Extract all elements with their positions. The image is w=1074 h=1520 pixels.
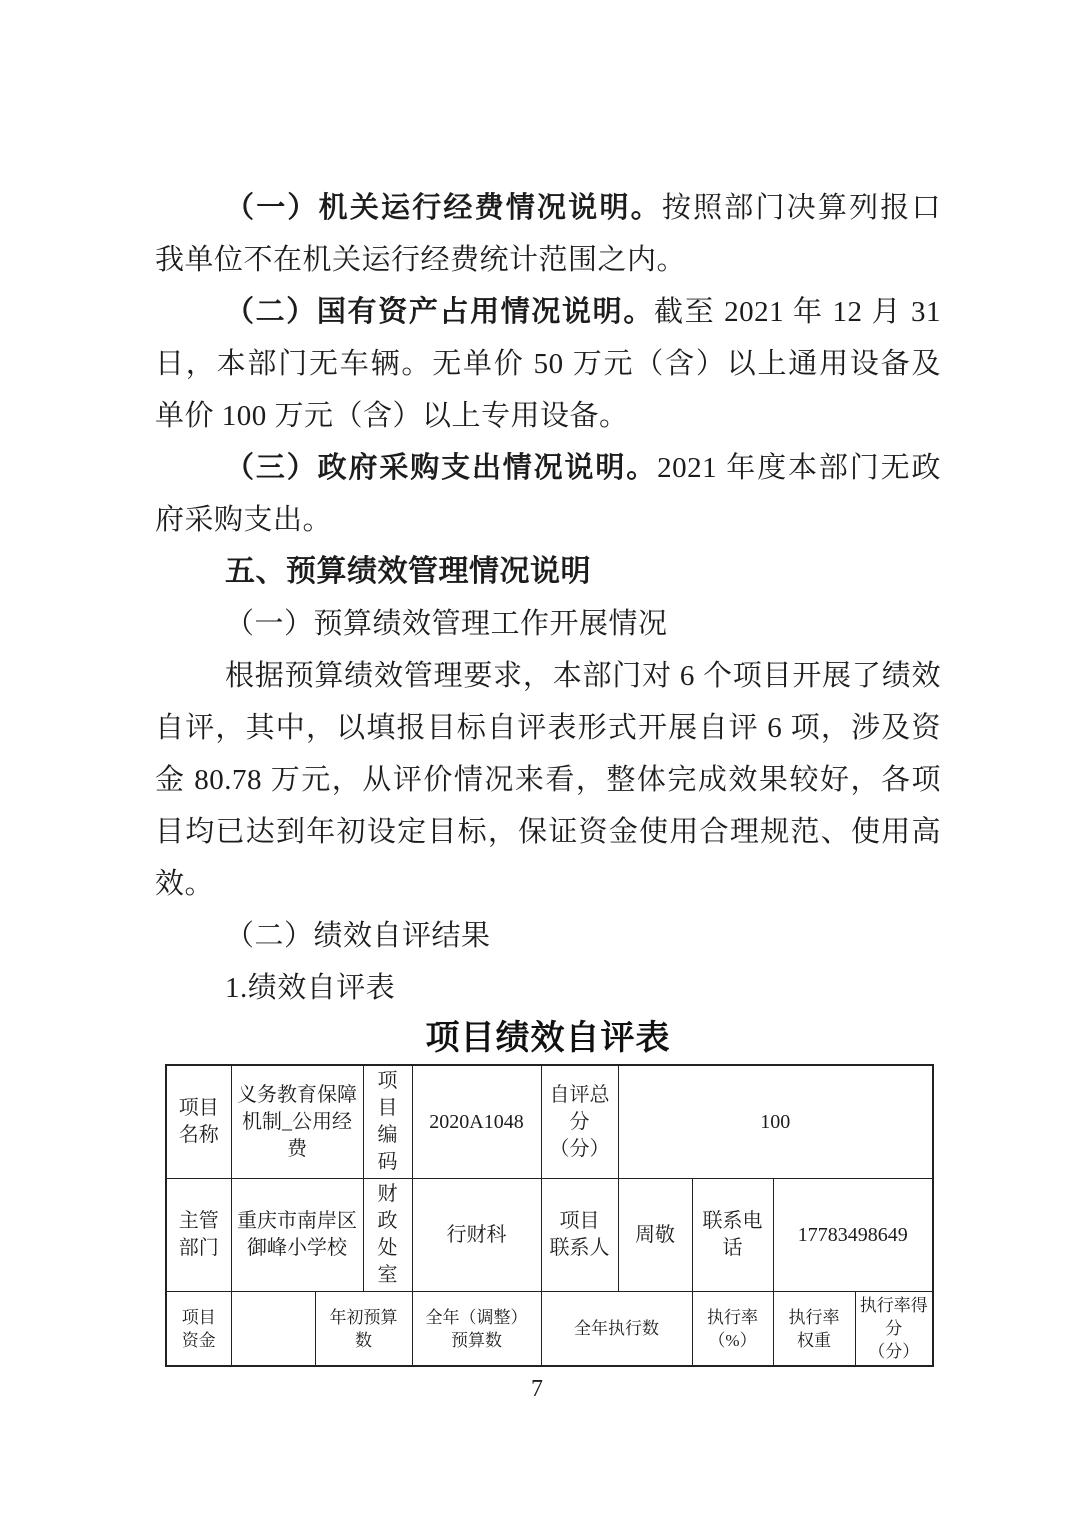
paragraph-line: 我单位不在机关运行经费统计范围之内。 <box>155 234 941 286</box>
table-row: 项目 资金 年初预算 数 全年（调整） 预算数 全年执行数 执行率 （%） 执行… <box>166 1292 933 1367</box>
label-execution-rate-weight: 执行率 权重 <box>773 1292 855 1367</box>
paragraph-line: 效。 <box>155 858 941 910</box>
text-run: 截至 2021 年 12 月 31 <box>654 296 941 328</box>
value-project-code: 2020A1048 <box>412 1065 541 1179</box>
table-row: 项目 名称 义务教育保障 机制_公用经 费 项 目 编 码 2020A1048 … <box>166 1065 933 1179</box>
label-finance-office: 财 政 处 室 <box>363 1179 412 1292</box>
value-project-contact: 周敬 <box>618 1179 692 1292</box>
bold-run: （二）国有资产占用情况说明。 <box>225 296 654 328</box>
label-project-name: 项目 名称 <box>166 1065 231 1179</box>
document-page: （一）机关运行经费情况说明。按照部门决算列报口径， 我单位不在机关运行经费统计范… <box>0 0 1074 1520</box>
bold-run: （三）政府采购支出情况说明。 <box>225 452 657 484</box>
sub-heading: 1.绩效自评表 <box>155 962 941 1014</box>
performance-self-evaluation-table: 项目 名称 义务教育保障 机制_公用经 费 项 目 编 码 2020A1048 … <box>165 1064 934 1367</box>
paragraph-line: （三）政府采购支出情况说明。2021 年度本部门无政 <box>155 442 941 494</box>
text-run: 2021 年度本部门无政 <box>657 452 941 484</box>
sub-heading: （二）绩效自评结果 <box>155 910 941 962</box>
paragraph-line: 根据预算绩效管理要求，本部门对 6 个项目开展了绩效 <box>155 650 941 702</box>
label-project-contact: 项目 联系人 <box>541 1179 618 1292</box>
paragraph-line: 单价 100 万元（含）以上专用设备。 <box>155 390 941 442</box>
paragraph-line: （一）机关运行经费情况说明。按照部门决算列报口径， <box>155 182 941 234</box>
label-contact-phone: 联系电 话 <box>692 1179 773 1292</box>
value-contact-phone: 17783498649 <box>773 1179 933 1292</box>
label-adjusted-budget: 全年（调整） 预算数 <box>412 1292 541 1367</box>
section-heading: 五、预算绩效管理情况说明 <box>155 546 941 598</box>
bold-run: （一）机关运行经费情况说明。 <box>225 192 662 224</box>
paragraph-line: 日，本部门无车辆。无单价 50 万元（含）以上通用设备及 <box>155 338 941 390</box>
value-project-name: 义务教育保障 机制_公用经 费 <box>231 1065 363 1179</box>
label-initial-budget: 年初预算 数 <box>315 1292 412 1367</box>
label-supervising-department: 主管 部门 <box>166 1179 231 1292</box>
table-row: 主管 部门 重庆市南岸区 御峰小学校 财 政 处 室 行财科 项目 联系人 周敬… <box>166 1179 933 1292</box>
page-number: 7 <box>0 1376 1074 1403</box>
table-title: 项目绩效自评表 <box>155 1016 941 1060</box>
paragraph-line: 金 80.78 万元，从评价情况来看，整体完成效果较好，各项 <box>155 754 941 806</box>
value-supervising-department: 重庆市南岸区 御峰小学校 <box>231 1179 363 1292</box>
label-project-funds: 项目 资金 <box>166 1292 231 1367</box>
value-self-eval-score: 100 <box>618 1065 933 1179</box>
paragraph-line: （二）国有资产占用情况说明。截至 2021 年 12 月 31 <box>155 286 941 338</box>
label-execution-rate-score: 执行率得 分 （分） <box>855 1292 933 1367</box>
value-finance-office: 行财科 <box>412 1179 541 1292</box>
paragraph-line: 府采购支出。 <box>155 494 941 546</box>
label-project-code: 项 目 编 码 <box>363 1065 412 1179</box>
label-annual-execution: 全年执行数 <box>541 1292 692 1367</box>
paragraph-line: 自评，其中，以填报目标自评表形式开展自评 6 项，涉及资 <box>155 702 941 754</box>
label-execution-rate: 执行率 （%） <box>692 1292 773 1367</box>
label-self-eval-score: 自评总分 （分） <box>541 1065 618 1179</box>
sub-heading: （一）预算绩效管理工作开展情况 <box>155 598 941 650</box>
page-content: （一）机关运行经费情况说明。按照部门决算列报口径， 我单位不在机关运行经费统计范… <box>155 182 941 1367</box>
paragraph-line: 目均已达到年初设定目标，保证资金使用合理规范、使用高 <box>155 806 941 858</box>
empty-cell <box>231 1292 315 1367</box>
